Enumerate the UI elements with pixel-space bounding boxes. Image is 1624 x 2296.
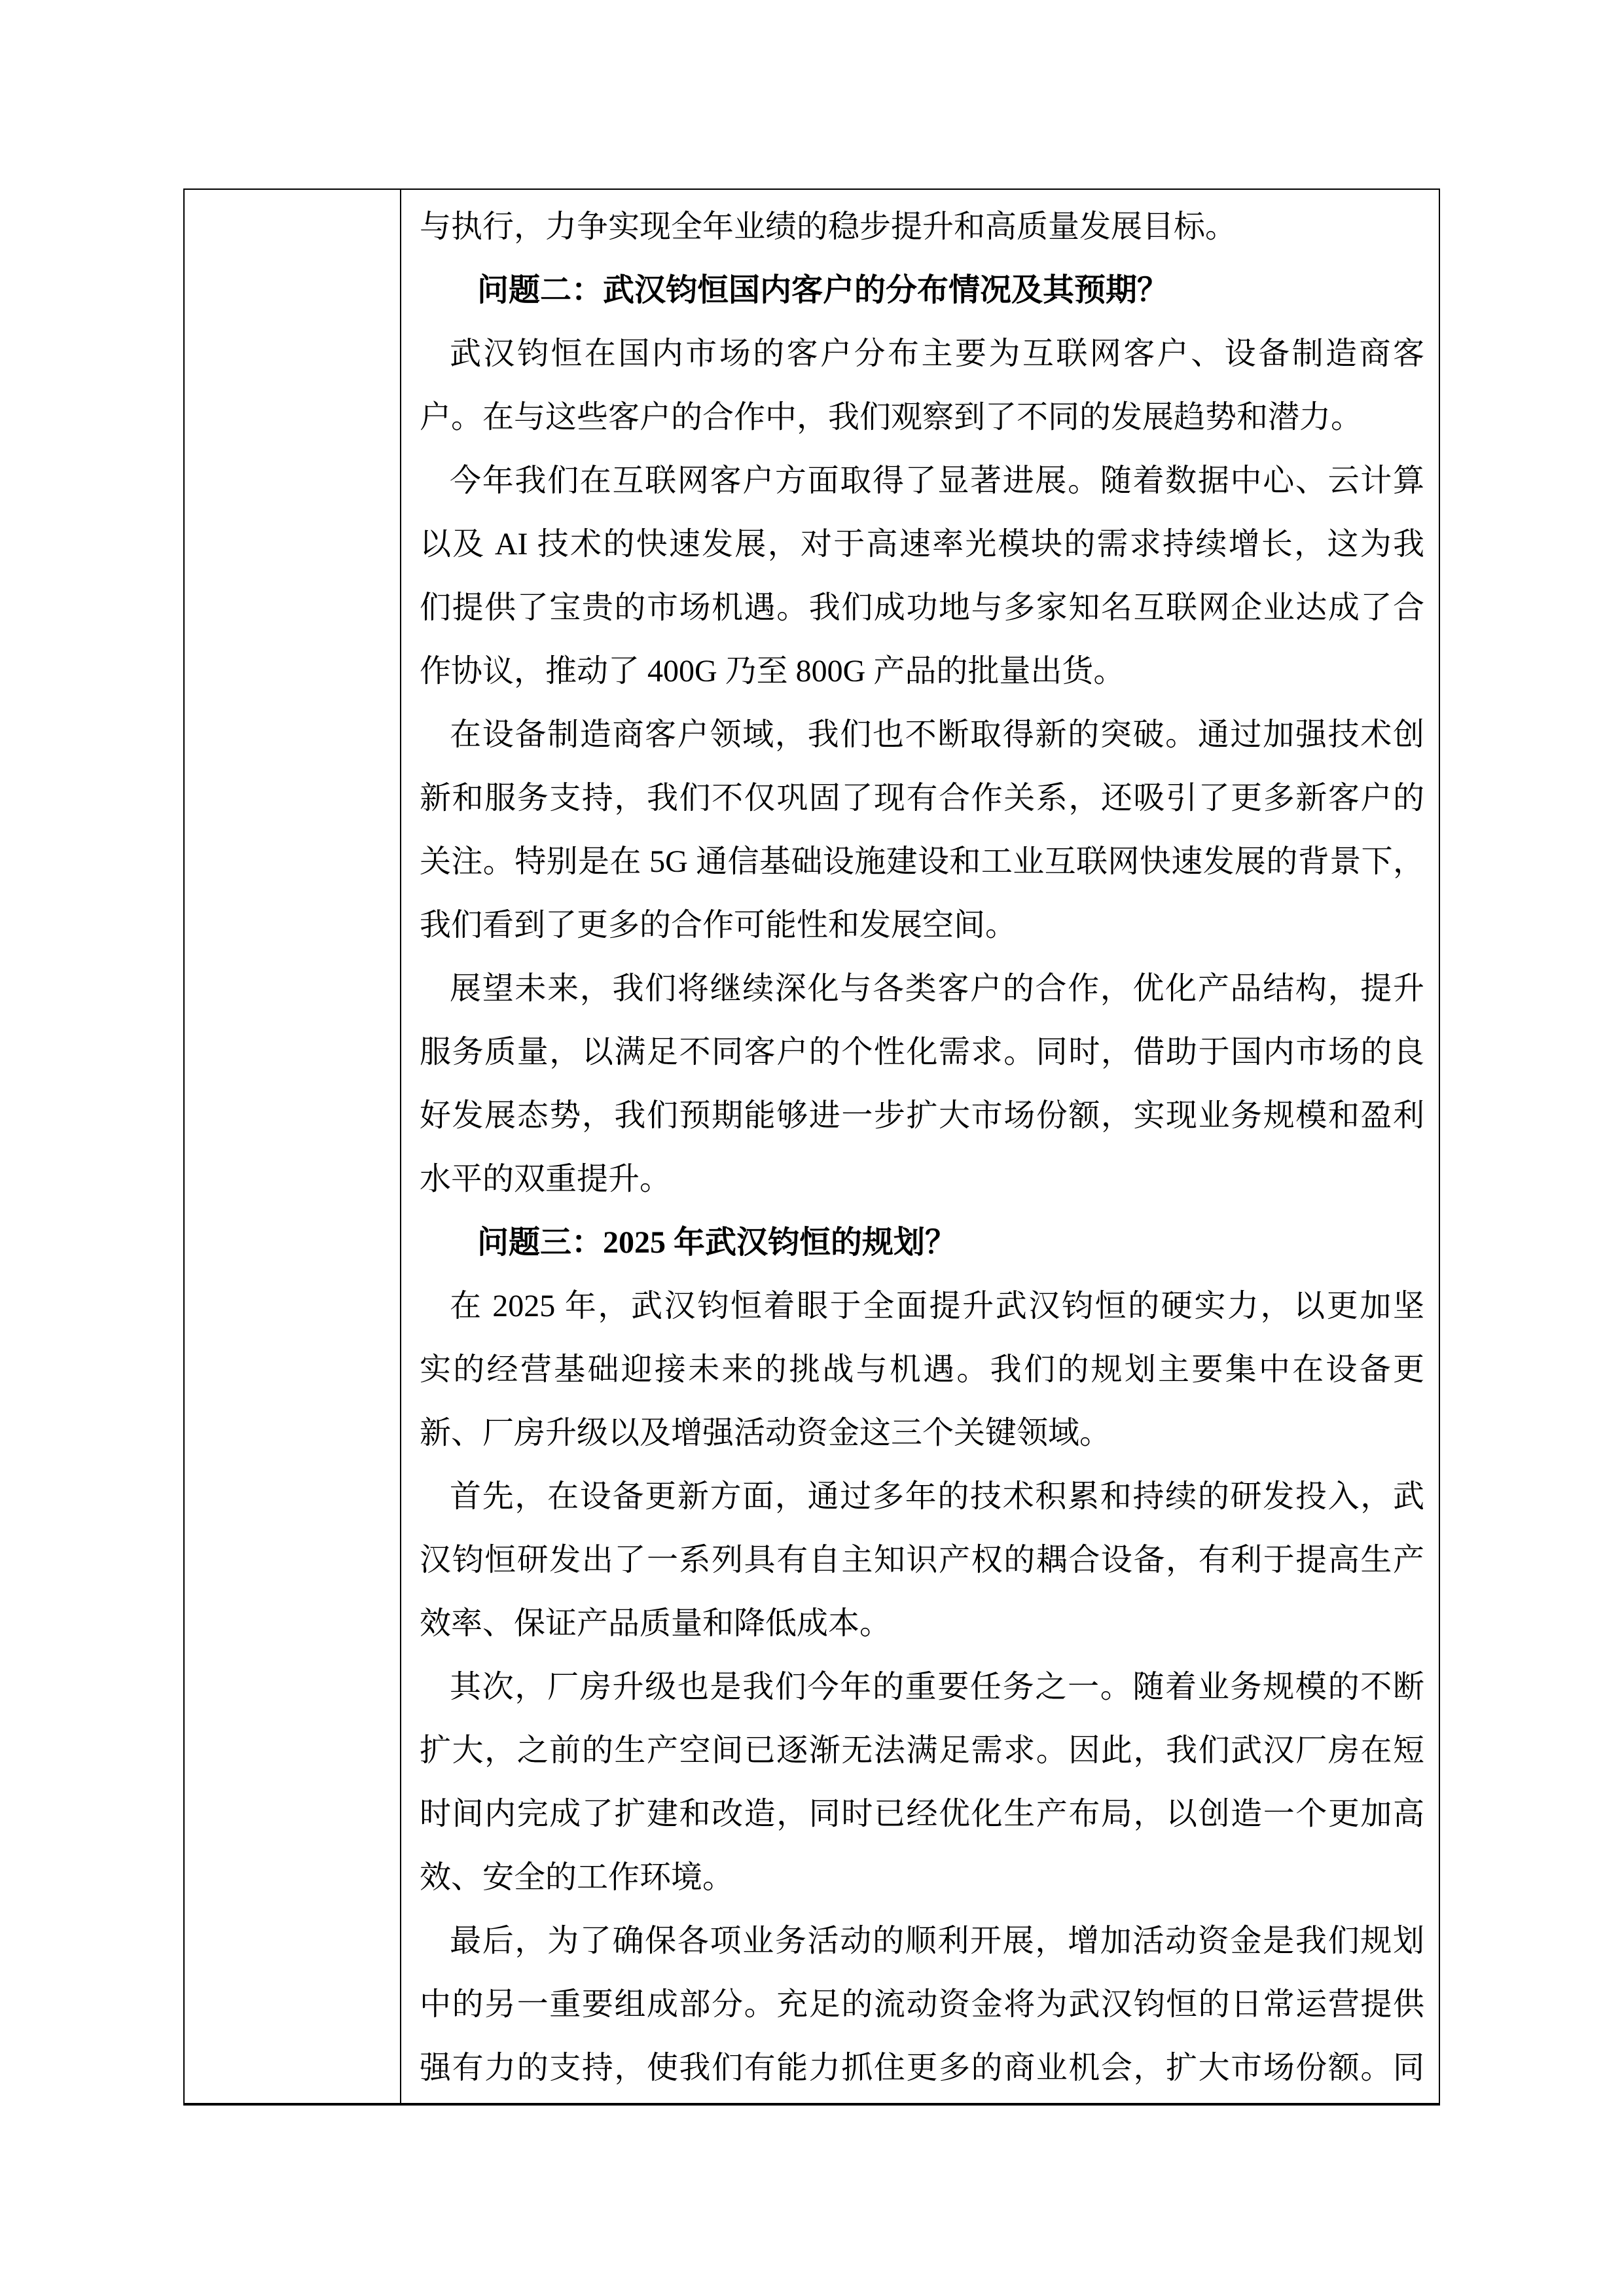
text-line: 新和服务支持，我们不仅巩固了现有合作关系，还吸引了更多新客户的 xyxy=(420,766,1424,830)
text-line: 与执行，力争实现全年业绩的稳步提升和高质量发展目标。 xyxy=(420,195,1424,259)
text-line: 时间内完成了扩建和改造，同时已经优化生产布局，以创造一个更加高 xyxy=(420,1782,1424,1846)
text-line: 户。在与这些客户的合作中，我们观察到了不同的发展趋势和潜力。 xyxy=(420,386,1424,449)
document-page: 与执行，力争实现全年业绩的稳步提升和高质量发展目标。问题二：武汉钧恒国内客户的分… xyxy=(0,0,1624,2296)
text-line: 汉钧恒研发出了一系列具有自主知识产权的耦合设备，有利于提高生产 xyxy=(420,1528,1424,1592)
text-line: 在设备制造商客户领域，我们也不断取得新的突破。通过加强技术创 xyxy=(420,703,1424,766)
question-heading-line: 问题二：武汉钧恒国内客户的分布情况及其预期？ xyxy=(420,259,1424,322)
question-heading-line: 问题三：2025 年武汉钧恒的规划？ xyxy=(420,1211,1424,1274)
text-line: 在 2025 年，武汉钧恒着眼于全面提升武汉钧恒的硬实力，以更加坚 xyxy=(420,1274,1424,1338)
text-line: 中的另一重要组成部分。充足的流动资金将为武汉钧恒的日常运营提供 xyxy=(420,1973,1424,2036)
text-line: 武汉钧恒在国内市场的客户分布主要为互联网客户、设备制造商客 xyxy=(420,322,1424,386)
text-line: 效、安全的工作环境。 xyxy=(420,1846,1424,1909)
text-line: 以及 AI 技术的快速发展，对于高速率光模块的需求持续增长，这为我 xyxy=(420,512,1424,576)
text-line: 新、厂房升级以及增强活动资金这三个关键领域。 xyxy=(420,1401,1424,1465)
text-line: 扩大，之前的生产空间已逐渐无法满足需求。因此，我们武汉厂房在短 xyxy=(420,1719,1424,1782)
text-line: 们提供了宝贵的市场机遇。我们成功地与多家知名互联网企业达成了合 xyxy=(420,576,1424,639)
text-line: 今年我们在互联网客户方面取得了显著进展。随着数据中心、云计算 xyxy=(420,449,1424,512)
text-line: 效率、保证产品质量和降低成本。 xyxy=(420,1592,1424,1655)
text-line: 好发展态势，我们预期能够进一步扩大市场份额，实现业务规模和盈利 xyxy=(420,1084,1424,1147)
text-line: 作协议，推动了 400G 乃至 800G 产品的批量出货。 xyxy=(420,639,1424,703)
text-line: 展望未来，我们将继续深化与各类客户的合作，优化产品结构，提升 xyxy=(420,957,1424,1020)
qa-table: 与执行，力争实现全年业绩的稳步提升和高质量发展目标。问题二：武汉钧恒国内客户的分… xyxy=(183,188,1440,2106)
table-right-column: 与执行，力争实现全年业绩的稳步提升和高质量发展目标。问题二：武汉钧恒国内客户的分… xyxy=(401,190,1439,2103)
text-line: 首先，在设备更新方面，通过多年的技术积累和持续的研发投入，武 xyxy=(420,1465,1424,1528)
text-line: 服务质量，以满足不同客户的个性化需求。同时，借助于国内市场的良 xyxy=(420,1020,1424,1084)
text-line: 我们看到了更多的合作可能性和发展空间。 xyxy=(420,893,1424,957)
text-line: 其次，厂房升级也是我们今年的重要任务之一。随着业务规模的不断 xyxy=(420,1655,1424,1719)
right-column-text: 与执行，力争实现全年业绩的稳步提升和高质量发展目标。问题二：武汉钧恒国内客户的分… xyxy=(420,195,1424,2100)
text-line: 水平的双重提升。 xyxy=(420,1147,1424,1211)
text-line: 最后，为了确保各项业务活动的顺利开展，增加活动资金是我们规划 xyxy=(420,1909,1424,1973)
text-line: 强有力的支持，使我们有能力抓住更多的商业机会，扩大市场份额。同 xyxy=(420,2036,1424,2100)
table-left-column xyxy=(185,190,401,2103)
text-line: 实的经营基础迎接未来的挑战与机遇。我们的规划主要集中在设备更 xyxy=(420,1338,1424,1401)
text-line: 关注。特别是在 5G 通信基础设施建设和工业互联网快速发展的背景下， xyxy=(420,830,1424,893)
